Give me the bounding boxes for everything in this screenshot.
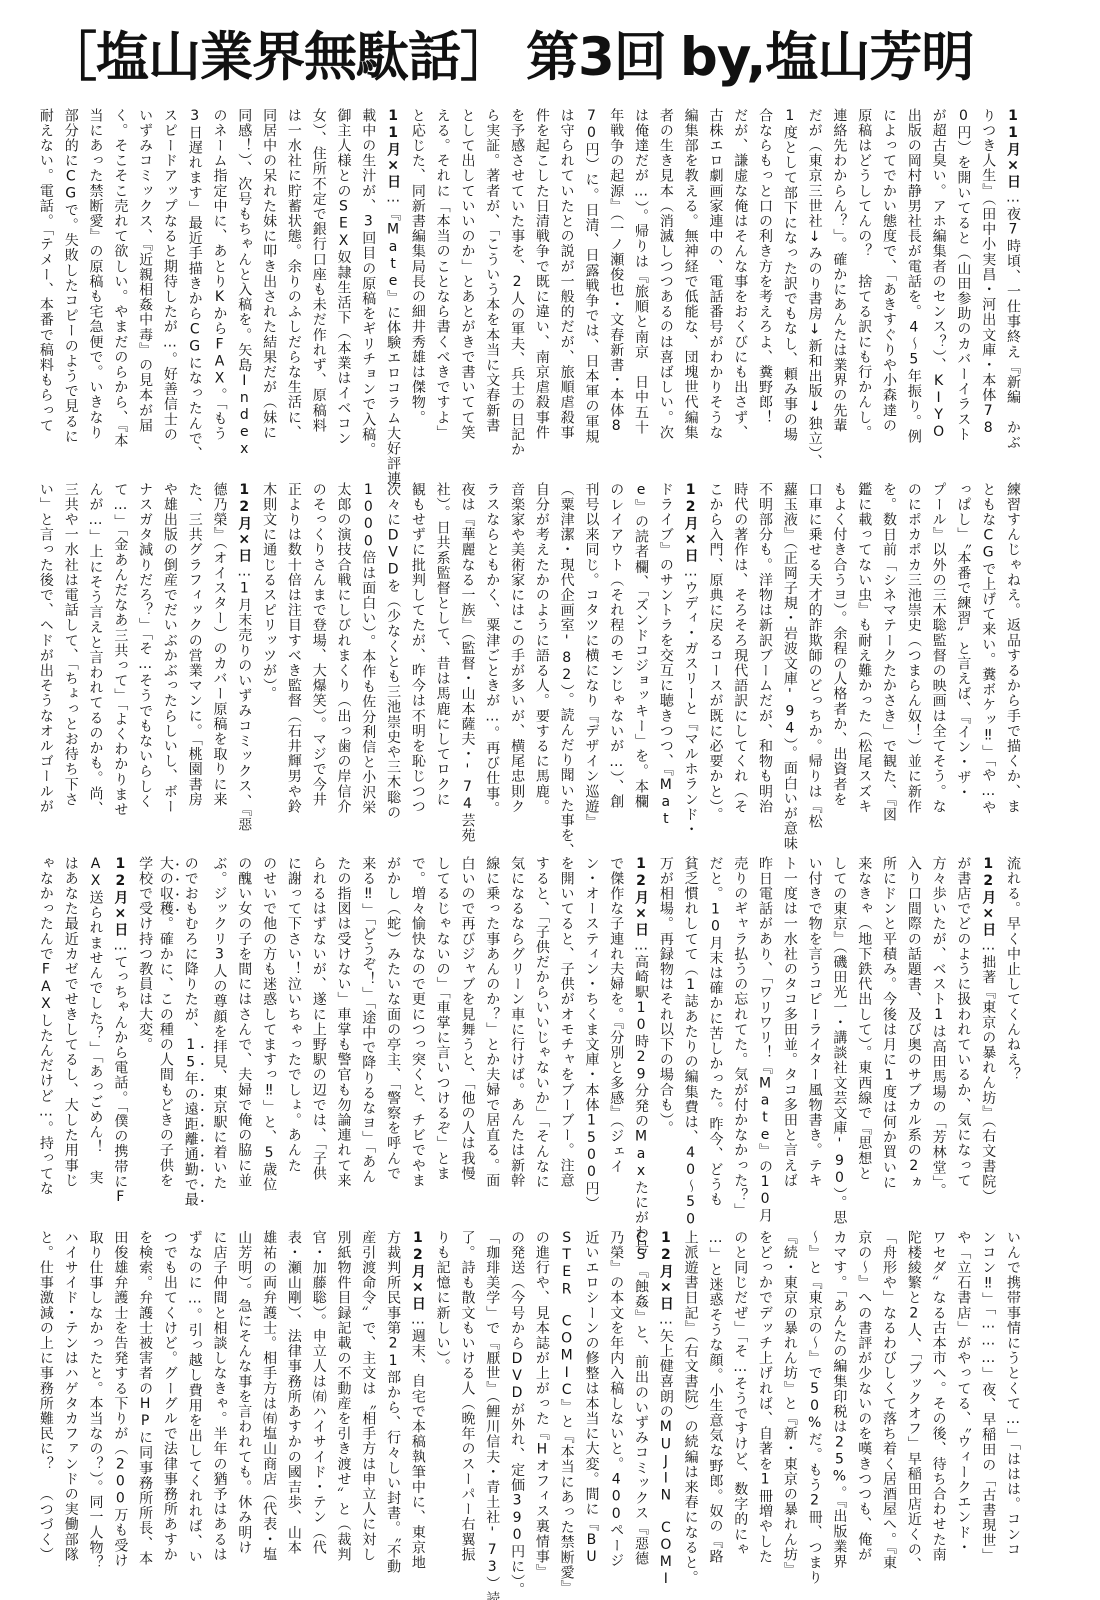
- text-column: に謝って下さい！泣いちゃったでしょ。あんた: [281, 856, 306, 1196]
- text-column: ン・オースティン・ちくま文庫・本体1500円）: [579, 856, 604, 1196]
- text-column: 方々歩いたが、ベスト1は高田馬場の「芳林堂」。: [926, 856, 951, 1196]
- text-column: で。増々愉快なので更につっ突くと、チビでやま: [405, 856, 430, 1196]
- text-column: た、三共グラフィックの営業マンに。「桃園書房: [182, 482, 207, 822]
- text-column: 陀楼綾繁と2人、「ブックオフ」早稲田店近くの、: [901, 1230, 926, 1570]
- text-column: 所にドンと平積み。今後は月に1度は何か買いに: [876, 856, 901, 1196]
- text-column: ゃなかったんでFAXしたんだけど…。持ってな: [33, 856, 58, 1196]
- text-column: りも記憶に新しい）。: [430, 1230, 455, 1570]
- text-column: 鑑に載ってない虫』も耐え難かった（松尾スズキ: [851, 482, 876, 822]
- text-column: 12月×日…高崎駅10時29分発のMaxたにがわ号: [628, 856, 653, 1196]
- text-column: い付きで物を言うコピーライター風物書き。テキ: [802, 856, 827, 1196]
- author-byline: by,塩山芳明: [680, 27, 974, 88]
- text-column: 来る‼」「どうぞ！」「途中で降りるなヨ」「あん: [355, 856, 380, 1196]
- entry-date: 12月×日: [658, 1230, 674, 1312]
- entry-date: 11月×日: [1005, 108, 1021, 190]
- text-column: 音楽家や美術家にはこの手が多いが、横尾忠則ク: [504, 482, 529, 822]
- text-column: たの指図は受けない」車掌も警官も勿論連れて来: [331, 856, 356, 1196]
- emphasis-dots: 15年の遠距離通勤で最: [183, 1037, 199, 1207]
- article-title: ［塩山業界無駄話］第3回by,塩山芳明: [44, 26, 973, 90]
- text-column: 取り仕事しなかったと。本当なの？）。同一人物？: [83, 1230, 108, 1570]
- text-column: 官・加藤聡）。申立人は㈲ハイサイド・テン（代: [306, 1230, 331, 1570]
- text-column: 当にあった禁断愛』の原稿も宅急便で。いきなり: [83, 108, 108, 448]
- text-column: 1度として部下になった訳でもなし、頼み事の場: [777, 108, 802, 448]
- text-column: 練習すんじゃねえ。返品するから手で描くか、ま: [1000, 482, 1025, 822]
- text-column: 入り口間際の話題書、及び奥のサブカル系の2ヵ: [901, 856, 926, 1196]
- text-column: 編集部を教える。無神経で低能な、団塊世代編集: [678, 108, 703, 448]
- text-column: してるじゃないの」「車掌に言いつけるぞ」とま: [430, 856, 455, 1196]
- text-column: もよく付き合うヨ）。余程の人格者か、出資者を: [827, 482, 852, 822]
- text-column: 表・瀬山剛）、法律事務所あすかの國吉歩、山本: [281, 1230, 306, 1570]
- text-column: はあなた最近カゼでせきしてるし、大した用事じ: [58, 856, 83, 1196]
- text-column: のせいで他の方も迷惑してますっ‼」と、5歳位: [256, 856, 281, 1196]
- text-column: だが、謙虚な俺はそんな事をおくびにも出さず、: [727, 108, 752, 448]
- text-column: 昨日電話があり、「ワリワリ！『Mate』の10月: [752, 856, 777, 1196]
- text-column: 合ならもっと口の利き方を考えろよ、糞野郎！: [752, 108, 777, 448]
- text-column: 方裁判所民事第21部から、行々しい封書。〝不動: [380, 1230, 405, 1570]
- text-column: ともなCGで上げて来い。糞ボケッ‼」「や…や: [975, 482, 1000, 822]
- text-column: を。数日前「シネマテークたかさき」で観た、『図: [876, 482, 901, 822]
- text-column: 時代の著作は、そろそろ現代語訳にしてくれ（そ: [727, 482, 752, 822]
- text-column: 気になるならグリーン車に行けば。あんたは新幹: [504, 856, 529, 1196]
- series-name: ［塩山業界無駄話］: [44, 27, 512, 88]
- text-column: 70円）に。日清、日露戦争では、日本軍の軍規: [579, 108, 604, 448]
- text-column: を開いてると、子供がオモチャをブーブー。注意: [554, 856, 579, 1196]
- text-column: のにポカポカ三池崇史（つまらん奴！）並に新作: [901, 482, 926, 822]
- text-column: CS『蝕姦』と、前出のいずみコミックス『惡德: [628, 1230, 653, 1570]
- text-column: に店子仲間と相談しなきゃ。半年の猶予はあるは: [207, 1230, 232, 1570]
- magazine-page: ［塩山業界無駄話］第3回by,塩山芳明 11月×日…夜7時頃、一仕事終え『新編 …: [0, 0, 1100, 1600]
- text-column: 連絡先わからん？」。確かにあんたは業界の先輩: [827, 108, 852, 448]
- text-column: が書店でどのように扱われているか、気になって: [951, 856, 976, 1196]
- text-column: のと同じだぜ」「そ…そうですけど、数字的にゃ: [727, 1230, 752, 1570]
- text-column: 耐えない。電話。「テメー、本番で稿料もらって: [33, 108, 58, 448]
- text-column: 夜は『華麗なる一族』（監督・山本薩夫・'74芸苑: [455, 482, 480, 822]
- text-column: STER COMIC』と『本当にあった禁断愛』: [554, 1230, 579, 1570]
- text-column: だが（東京三世社↓みのり書房↓新和出版↓独立）、: [802, 108, 827, 448]
- text-band-1: 11月×日…夜7時頃、一仕事終え『新編 かぶ りつき人生』（田中小実昌・河出文庫…: [33, 108, 1025, 448]
- text-column: 〜』と『東京の〜』で50%だ。もう2冊、つまり: [802, 1230, 827, 1570]
- text-column: 口車に乗せる天才的詐欺師のどっちか。帰りは『松: [802, 482, 827, 822]
- text-column: いずみコミックス、『近親相姦中毒』の見本が届: [132, 108, 157, 448]
- text-column: e』の読者欄、「ズンドコジョッキー」を。本欄: [628, 482, 653, 822]
- entry-date: 12月×日: [410, 1230, 426, 1312]
- text-column: ナスガタ減りだろ？」「そ…そうでもないらしく: [132, 482, 157, 822]
- text-column: 11月×日…夜7時頃、一仕事終え『新編 かぶ: [1000, 108, 1025, 448]
- text-column: い」と言った後で、ヘドが出そうなオルゴールが: [33, 482, 58, 822]
- entry-date: 12月×日: [633, 856, 649, 938]
- text-column: 同感！）、次号もちゃんと入稿を。矢島Index: [232, 108, 257, 448]
- text-column: カマす。「あんたの編集印税は25%。『出版業界: [827, 1230, 852, 1570]
- text-column: 『続・東京の暴れん坊』と『新・東京の暴れん坊』: [777, 1230, 802, 1570]
- text-column: 0円）を開いてると（山田参助のカバーイラスト: [951, 108, 976, 448]
- text-column: 德乃榮』（オイスター）のカバー原稿を取りに来: [207, 482, 232, 822]
- text-column: 「珈琲美学」で『厭世』（鯉川信夫・青土社'73）読: [479, 1230, 504, 1570]
- text-column: 自分が考えたかのように語る人。要するに馬鹿。: [529, 482, 554, 822]
- text-column: ずなのに…。引っ越し費用を出してくれれば、い: [182, 1230, 207, 1570]
- text-column: 別紙物件目録記載の不動産を引き渡せ〟と（裁判: [331, 1230, 356, 1570]
- text-column: 12月×日…矢上健喜朗のMUJIN COMI: [653, 1230, 678, 1570]
- text-column: のネーム指定中に、あとりKからFAX。「もう: [207, 108, 232, 448]
- text-column: のでおもむろに降りたが、15年の遠距離通勤で最: [182, 856, 207, 1196]
- text-column: がかし（蛇）みたいな面の亭主、「警察を呼んで: [380, 856, 405, 1196]
- text-column: が超古臭い。アホ編集者のセンス？）、KIYO: [926, 108, 951, 448]
- text-column: の進行や、見本誌が上がった『Hオフィス裏情事』: [529, 1230, 554, 1570]
- text-column: は一水社に貯蓄状態。余りのふしだらな生活に、: [281, 108, 306, 448]
- text-column: で傑作な子連れ夫婦を。『分別と多感』（ジェイ: [603, 856, 628, 1196]
- text-column: の醜い女の子を間にはさんで、夫婦で俺の脇に並: [232, 856, 257, 1196]
- text-column: プール』以外の三木聡監督の映画は全てそう。な: [926, 482, 951, 822]
- emphasis-dots: 大の収穫: [158, 856, 174, 916]
- text-column: 件を起こした日清戦争で既に違い、南京虐殺事件: [529, 108, 554, 448]
- entry-date: 11月×日: [385, 108, 401, 190]
- text-column: 載中の生汁が、3回目の原稿をギリチョンで入稿。: [355, 108, 380, 448]
- text-column: 雄祐の両弁護士。相手方は㈲塩山商店（代表・塩: [256, 1230, 281, 1570]
- text-column: 山芳明）。急にそんな事を言われても。休み明け: [232, 1230, 257, 1570]
- text-column: られるはずないが、遂に上野駅の辺では、「子供: [306, 856, 331, 1196]
- text-column: の発送（今号からDVDが外れ、定価390円に）。: [504, 1230, 529, 1570]
- text-column: 11月×日…『Mate』に体験エロコラム大好評連: [380, 108, 405, 448]
- text-column: 来なきゃ（地下鉄代出して）。東西線で『思想と: [851, 856, 876, 1196]
- text-column: は守られていたとの説が一般的だが、旅順虐殺事: [554, 108, 579, 448]
- text-column: 年戦争の起源』（一ノ瀬俊也・文春新書・本体8: [603, 108, 628, 448]
- text-column: によってでかい態度で、「あきすぐりや小森達の: [876, 108, 901, 448]
- text-column: 線に乗った事あんのか？」とか夫婦で居直る。面: [479, 856, 504, 1196]
- text-column: 乃榮』の本文を年内入稿しないと。400ページ: [603, 1230, 628, 1570]
- text-column: 上派遊書日記』（右文書院）の続編は来春になると。: [678, 1230, 703, 1570]
- text-column: のそっくりさんまで登場、大爆笑）。マジで今井: [306, 482, 331, 822]
- text-column: は俺達だが…）。帰りは『旅順と南京 日中五十: [628, 108, 653, 448]
- text-column: と応じた、同新書編集局長の細井秀雄は傑物。: [405, 108, 430, 448]
- text-column: ワセダ〟なる古本市へ。その後、待ち合わせた南: [926, 1230, 951, 1570]
- text-column: すると、「子供だからいいじゃないか」「そんなに: [529, 856, 554, 1196]
- text-column: や雄出版の倒産でだいぶかぶったらしいし、ボー: [157, 482, 182, 822]
- to-be-continued-label: （つづく）: [33, 1487, 58, 1563]
- text-column: ぶ。ジックリ3人の尊顔を拝見、東京駅に着いた: [207, 856, 232, 1196]
- text-column: 社）。日共系監督として、昔は馬鹿にしてロクに: [430, 482, 455, 822]
- text-column: いんで携帯事情にうとくて…」「ははは。コンコ: [1000, 1230, 1025, 1570]
- text-column: 古株エロ劇画家連中の、電話番号がわかりそうな: [703, 108, 728, 448]
- text-column: っぱし」〝本番で練習〟と言えば、『イン・ザ・: [951, 482, 976, 822]
- text-column: をどっかでデッチ上げれば、自著を1冊増やした: [752, 1230, 777, 1570]
- text-column: 12月×日…週末、自宅で本稿執筆中に、東京地: [405, 1230, 430, 1570]
- text-column: 1000倍は面白い）。本作も佐分利信と小沢栄: [355, 482, 380, 822]
- text-band-2: 練習すんじゃねえ。返品するから手で描くか、ま ともなCGで上げて来い。糞ボケッ‼…: [33, 482, 1025, 822]
- text-column: だと。10月末は確かに苦しかった。昨今、どうも: [703, 856, 728, 1196]
- text-column: 「舟形や」なるわびしくて落ち着く居酒屋へ。『東: [876, 1230, 901, 1570]
- text-column: 12月×日…1月末売りのいずみコミックス、『惡: [232, 482, 257, 822]
- text-column: 近いエロシーンの修整は本当に大変。間に『BU: [579, 1230, 604, 1570]
- text-column: …」と迷惑そうな顔。小生意気な野郎。奴の『路: [703, 1230, 728, 1570]
- text-column: ら実証。著者が、「こういう本を本当に文春新書: [479, 108, 504, 448]
- entry-date: 12月×日: [980, 856, 996, 938]
- text-column: 産引渡命令〟で、主文は〝相手方は申立人に対し: [355, 1230, 380, 1570]
- text-column: を検索。弁護士被害者のHPに同事務所所長、本: [132, 1230, 157, 1570]
- text-column: 京の〜』への書評が少ないのを嘆きつつも、俺が: [851, 1230, 876, 1570]
- text-column: 次々にDVDを（少なくとも三池崇史や三木聡の: [380, 482, 405, 822]
- text-column: 出版の岡村静男社長が電話を。4〜5年振り。例: [901, 108, 926, 448]
- text-column: のレイアウト（それ程のモンじゃないが…）、創: [603, 482, 628, 822]
- text-column: 蘿玉液』（正岡子規・岩波文庫'94）。面白いが意味: [777, 482, 802, 822]
- entry-date: 12月×日: [236, 482, 252, 564]
- text-column: んが…」上にそう言えと言われてるのかも。尚、: [83, 482, 108, 822]
- entry-date: 12月×日: [683, 482, 699, 564]
- entry-date: 12月×日: [112, 856, 128, 938]
- text-column: 太郎の演技合戦にしびれまくり（出っ歯の岸信介: [331, 482, 356, 822]
- text-column: 万が相場。再録物はそれ以下の場合も）。: [653, 856, 678, 1196]
- text-column: 同居中の呆れた妹に叩き出された結果だが（妹に: [256, 108, 281, 448]
- text-column: ラスならともかく、粟津ごときが…。再び仕事。: [479, 482, 504, 822]
- text-column: 12月×日…てっちゃんから電話。「僕の携帯にF: [108, 856, 133, 1196]
- text-column: 三共や一水社は電話して、「ちょっとお待ち下さ: [58, 482, 83, 822]
- text-column: 了。詩も散文もいける人（晩年のスーパー右翼振: [455, 1230, 480, 1570]
- text-column: スピードアップなると期待したが…。好善信士の: [157, 108, 182, 448]
- text-column: こから入門、原典に戻るコースが既に必要かと）。: [703, 482, 728, 822]
- text-column: 観もせずに批判してたが、昨今は不明を恥じつつ: [405, 482, 430, 822]
- text-column: つでも出てくけど。グーグルで法律事務所あすか: [157, 1230, 182, 1570]
- text-column: 流れる。早く中止してくんねえ？: [1000, 856, 1025, 1196]
- text-column: 売りのギャラ払うの忘れてた。気が付かなかった？」: [727, 856, 752, 1196]
- text-column: りつき人生』（田中小実昌・河出文庫・本体78: [975, 108, 1000, 448]
- text-column: として出していいのか」とあとがきで書いてて笑: [455, 108, 480, 448]
- text-column: しての東京』（磯田光一・講談社文芸文庫'90）。思: [827, 856, 852, 1196]
- episode-number: 第3回: [526, 27, 666, 88]
- text-column: える。それに「本当のことなら書くべきですよ」: [430, 108, 455, 448]
- text-column: ト一度は一水社のタコ多田並。タコ多田と言えば: [777, 856, 802, 1196]
- text-column: 白いので再びジャブを見舞うと、「他の人は我慢: [455, 856, 480, 1196]
- text-column: 12月×日…ウディ・ガスリーと『マルホランド・: [678, 482, 703, 822]
- text-column: 田俊雄弁護士を告発する下りが（200万も受け: [108, 1230, 133, 1570]
- text-column: 12月×日…拙著『東京の暴れん坊』（右文書院）: [975, 856, 1000, 1196]
- text-column: て…」「金あんだなあ三共って」「よくわかりませ: [108, 482, 133, 822]
- text-column: 者の生き見本（消滅しつつあるのは喜ばしい。次: [653, 108, 678, 448]
- text-column: く。そこそこ売れて欲しい。やまだのらから、『本: [108, 108, 133, 448]
- text-column: を予感させていた事を、2人の軍夫、兵士の日記か: [504, 108, 529, 448]
- text-column: 3日遅れます」最近手描きからCGになったんで、: [182, 108, 207, 448]
- text-column: 御主人様とのSEX奴隷生活下（本業はイベコン: [331, 108, 356, 448]
- text-column: 刊号以来同じ。コタツに横になり『デザイン巡遊』: [579, 482, 604, 822]
- text-column: や「立石書店」がやってる、〝ウィークエンド・: [951, 1230, 976, 1570]
- text-band-4: いんで携帯事情にうとくて…」「ははは。コンコ ンコン‼」「………」夜、早稲田の「…: [33, 1230, 1025, 1570]
- text-column: 不明部分も。洋物は新訳ブームだが、和物も明治: [752, 482, 777, 822]
- text-column: 貧乏慣れしてて（1誌あたりの編集費は、40〜50: [678, 856, 703, 1196]
- text-column: （粟津潔・現代企画室'82）。読んだり聞いた事を、: [554, 482, 579, 822]
- text-column: AX送られませんでした？」「あっごめん！ 実: [83, 856, 108, 1196]
- text-column: ハイサイド・テンはハゲタカファンドの実働部隊: [58, 1230, 83, 1570]
- text-column: ドライブ』のサントラを交互に聴きつつ、『Mat: [653, 482, 678, 822]
- text-column: ンコン‼」「………」夜、早稲田の「古書現世」: [975, 1230, 1000, 1570]
- text-column: 部分的にCGで。失敗したコピーのようで見るに: [58, 108, 83, 448]
- text-column: 木則文に通じるスピリッツが）。: [256, 482, 281, 822]
- text-column: 原稿はどうしてんの？ 捨てる訳にも行かんし。: [851, 108, 876, 448]
- text-column: 正よりは数十倍は注目すべき監督（石井輝男や鈴: [281, 482, 306, 822]
- text-band-3: 流れる。早く中止してくんねえ？ 12月×日…拙著『東京の暴れん坊』（右文書院） …: [33, 856, 1025, 1196]
- text-column: 女）、住所不定で銀行口座も未だ作れず、原稿料: [306, 108, 331, 448]
